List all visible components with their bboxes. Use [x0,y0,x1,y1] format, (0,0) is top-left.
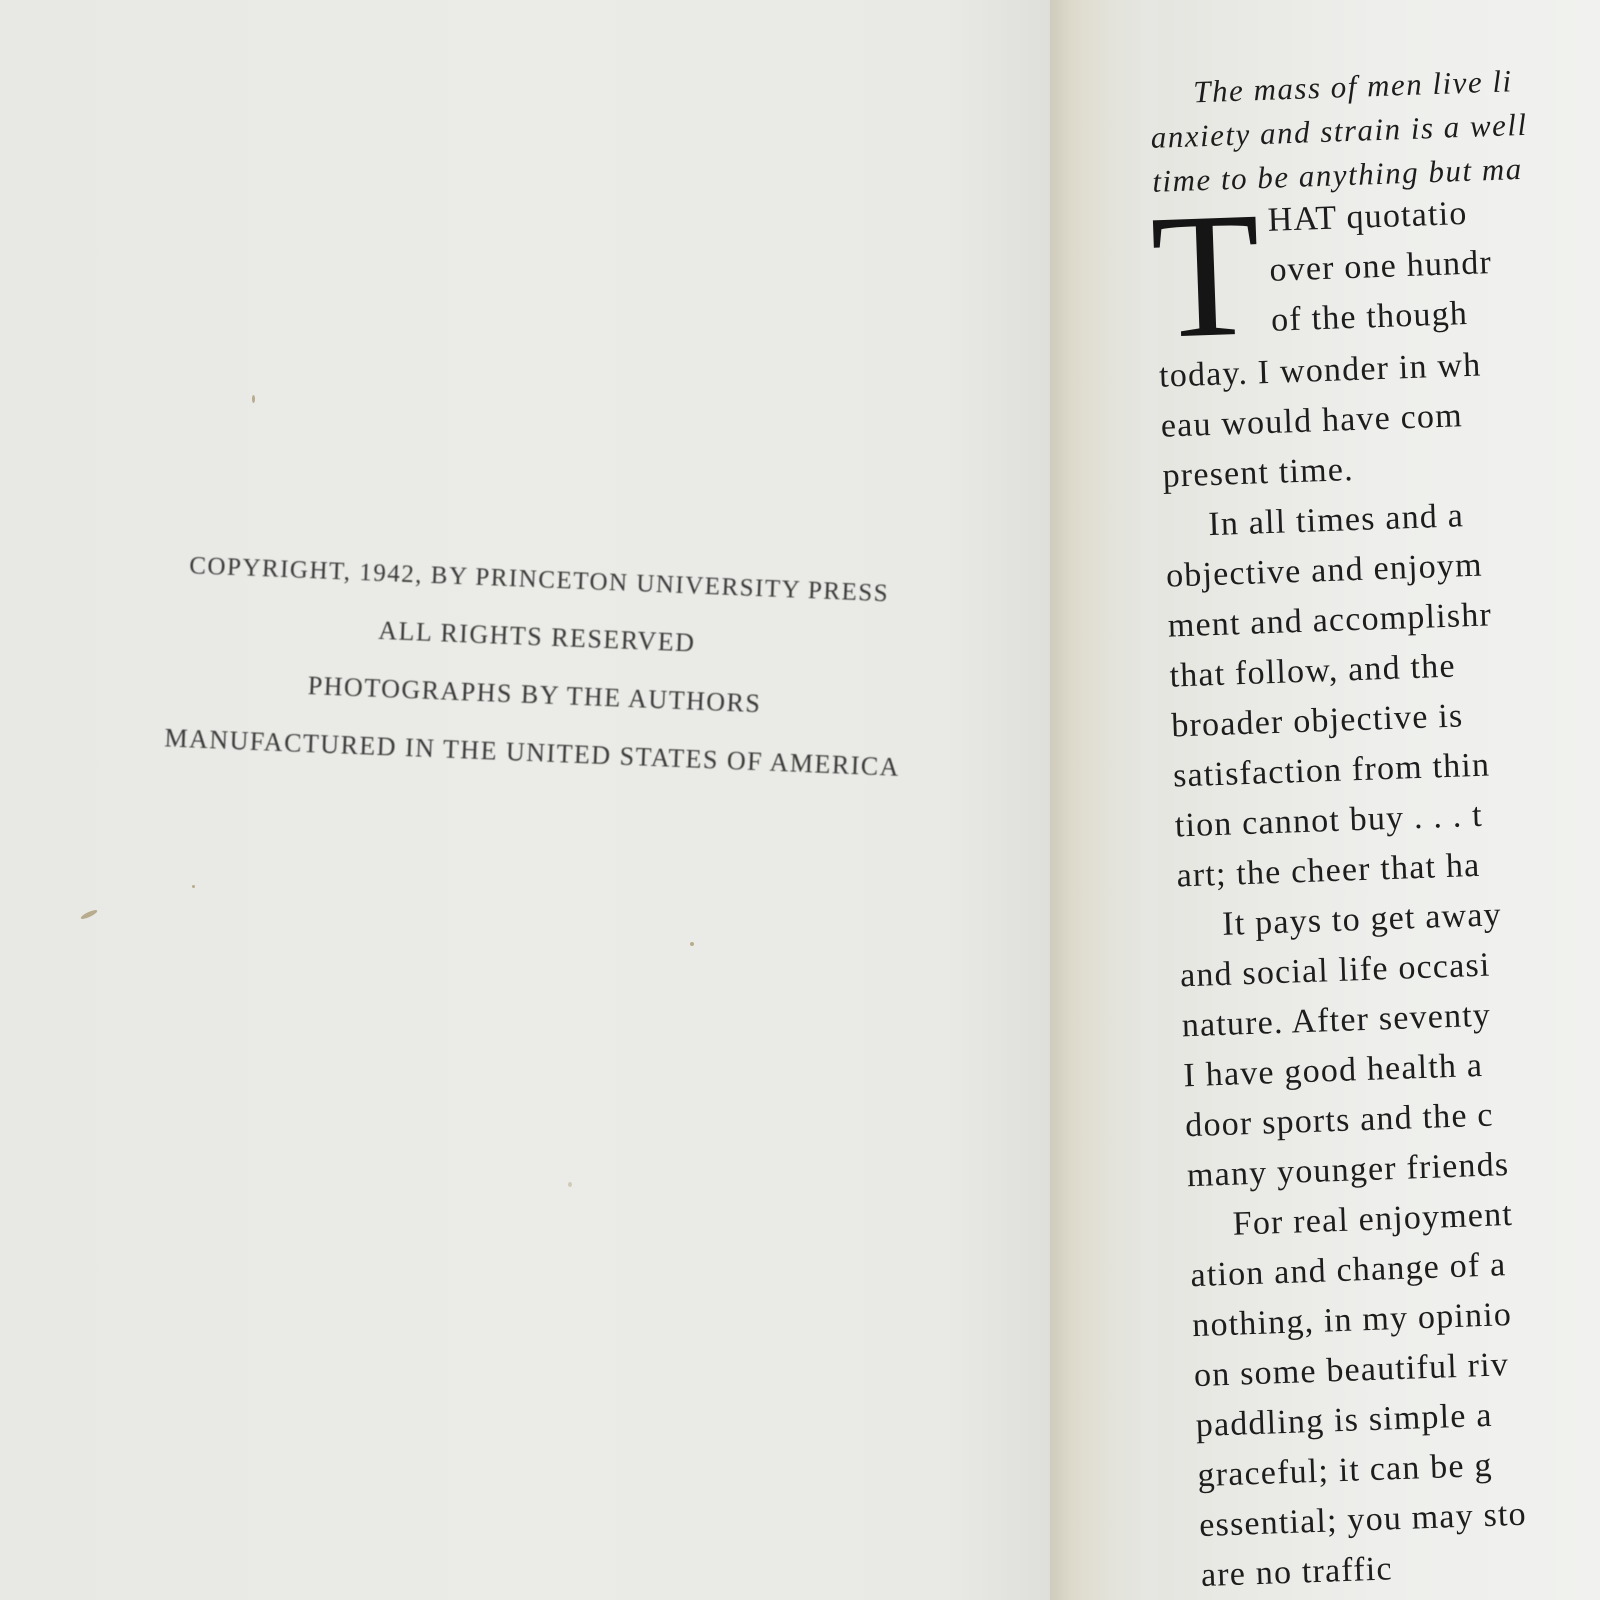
paper-speck [690,942,694,946]
body-text: T HAT quotatio over one hundr of the tho… [1153,188,1529,1600]
text-line: are no traffic [1200,1540,1529,1600]
copyright-line: COPYRIGHT, 1942, BY PRINCETON UNIVERSITY… [159,552,919,607]
copyright-imprint: COPYRIGHT, 1942, BY PRINCETON UNIVERSITY… [151,552,920,813]
manufactured-line: MANUFACTURED IN THE UNITED STATES OF AME… [152,725,912,781]
paper-speck [80,908,98,920]
paper-speck [568,1182,572,1187]
drop-cap: T [1149,198,1264,352]
photographs-credit-line: PHOTOGRAPHS BY THE AUTHORS [154,667,914,723]
paper-speck [252,395,255,403]
left-page: COPYRIGHT, 1942, BY PRINCETON UNIVERSITY… [0,0,1052,1600]
rights-reserved-line: ALL RIGHTS RESERVED [157,609,917,665]
paper-speck [192,885,195,888]
